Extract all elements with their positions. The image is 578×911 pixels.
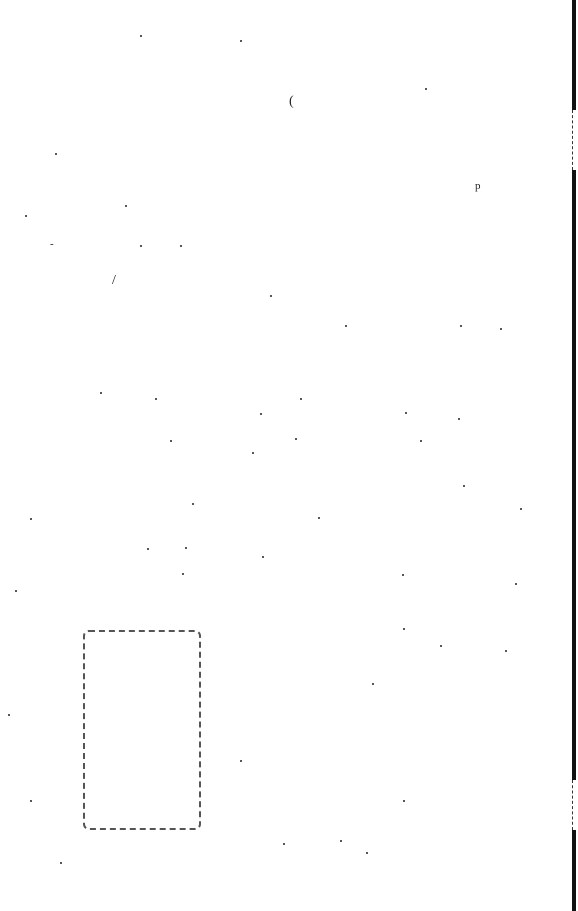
ink-speck — [460, 325, 462, 327]
ink-speck — [55, 153, 57, 155]
ink-speck — [140, 35, 142, 37]
ink-speck — [262, 556, 264, 558]
ink-speck — [125, 205, 127, 207]
ink-speck — [520, 508, 522, 510]
ink-speck — [515, 583, 517, 585]
ink-speck — [15, 590, 17, 592]
binding-edge-gap — [572, 110, 577, 170]
ink-speck — [140, 245, 142, 247]
ink-speck — [8, 714, 10, 716]
ink-speck — [192, 503, 194, 505]
ink-speck — [345, 325, 347, 327]
ink-speck — [372, 683, 374, 685]
ink-speck — [252, 452, 254, 454]
ink-speck — [425, 88, 427, 90]
scanned-page: ( / p - — [0, 0, 578, 911]
ink-speck — [60, 862, 62, 864]
ink-speck — [403, 628, 405, 630]
ink-speck — [500, 328, 502, 330]
ink-speck: ( — [289, 94, 294, 110]
ink-speck — [260, 413, 262, 415]
ink-speck — [240, 760, 242, 762]
ink-speck — [405, 412, 407, 414]
ink-speck: - — [50, 238, 54, 250]
ink-speck — [182, 573, 184, 575]
ink-speck — [463, 485, 465, 487]
ink-speck — [25, 215, 27, 217]
ink-speck — [30, 800, 32, 802]
ink-speck — [402, 574, 404, 576]
ink-speck — [270, 295, 272, 297]
ink-speck — [295, 438, 297, 440]
ink-speck: p — [475, 180, 481, 192]
ink-speck — [505, 650, 507, 652]
ink-speck — [458, 418, 460, 420]
ink-speck — [240, 40, 242, 42]
ink-speck — [420, 440, 422, 442]
ink-speck — [170, 440, 172, 442]
ink-speck — [440, 645, 442, 647]
faint-stamp-outline — [83, 630, 201, 830]
ink-speck — [185, 547, 187, 549]
ink-speck — [300, 398, 302, 400]
ink-speck — [155, 398, 157, 400]
ink-speck — [147, 548, 149, 550]
ink-speck — [340, 840, 342, 842]
ink-speck — [100, 392, 102, 394]
ink-speck — [403, 800, 405, 802]
ink-speck — [30, 518, 32, 520]
ink-speck — [180, 245, 182, 247]
binding-edge-gap — [572, 780, 577, 830]
ink-speck: / — [112, 273, 116, 289]
ink-speck — [318, 517, 320, 519]
ink-speck — [283, 843, 285, 845]
ink-speck — [366, 852, 368, 854]
